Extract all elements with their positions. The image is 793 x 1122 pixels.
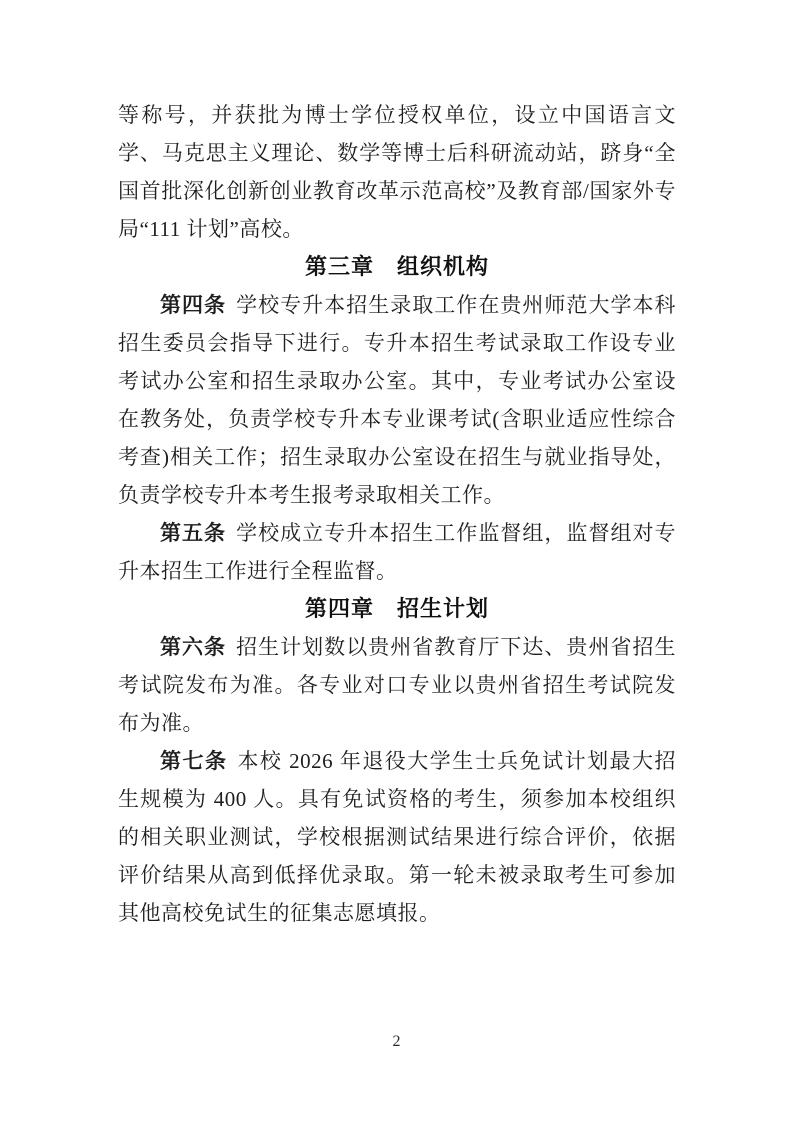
article-label-5: 第五条: [160, 521, 226, 545]
article-label-4: 第四条: [160, 293, 226, 317]
document-page: 等称号，并获批为博士学位授权单位，设立中国语言文学、马克思主义理论、数学等博士后…: [0, 0, 793, 1122]
chapter-heading-3: 第三章 组织机构: [118, 248, 676, 286]
document-body: 等称号，并获批为博士学位授权单位，设立中国语言文学、马克思主义理论、数学等博士后…: [118, 96, 676, 932]
article-text-7: 本校 2026 年退役大学生士兵免试计划最大招生规模为 400 人。具有免试资格…: [118, 749, 676, 925]
article-label-7: 第七条: [160, 749, 227, 773]
article-text-4: 学校专升本招生录取工作在贵州师范大学本科招生委员会指导下进行。专升本招生考试录取…: [118, 293, 676, 507]
article-label-6: 第六条: [160, 635, 226, 659]
chapter-heading-4: 第四章 招生计划: [118, 590, 676, 628]
continuation-paragraph: 等称号，并获批为博士学位授权单位，设立中国语言文学、马克思主义理论、数学等博士后…: [118, 96, 676, 248]
article-paragraph-6: 第六条招生计划数以贵州省教育厅下达、贵州省招生考试院发布为准。各专业对口专业以贵…: [118, 628, 676, 742]
article-paragraph-5: 第五条学校成立专升本招生工作监督组，监督组对专升本招生工作进行全程监督。: [118, 514, 676, 590]
page-number: 2: [0, 1033, 793, 1051]
article-paragraph-4: 第四条学校专升本招生录取工作在贵州师范大学本科招生委员会指导下进行。专升本招生考…: [118, 286, 676, 514]
article-paragraph-7: 第七条本校 2026 年退役大学生士兵免试计划最大招生规模为 400 人。具有免…: [118, 742, 676, 932]
